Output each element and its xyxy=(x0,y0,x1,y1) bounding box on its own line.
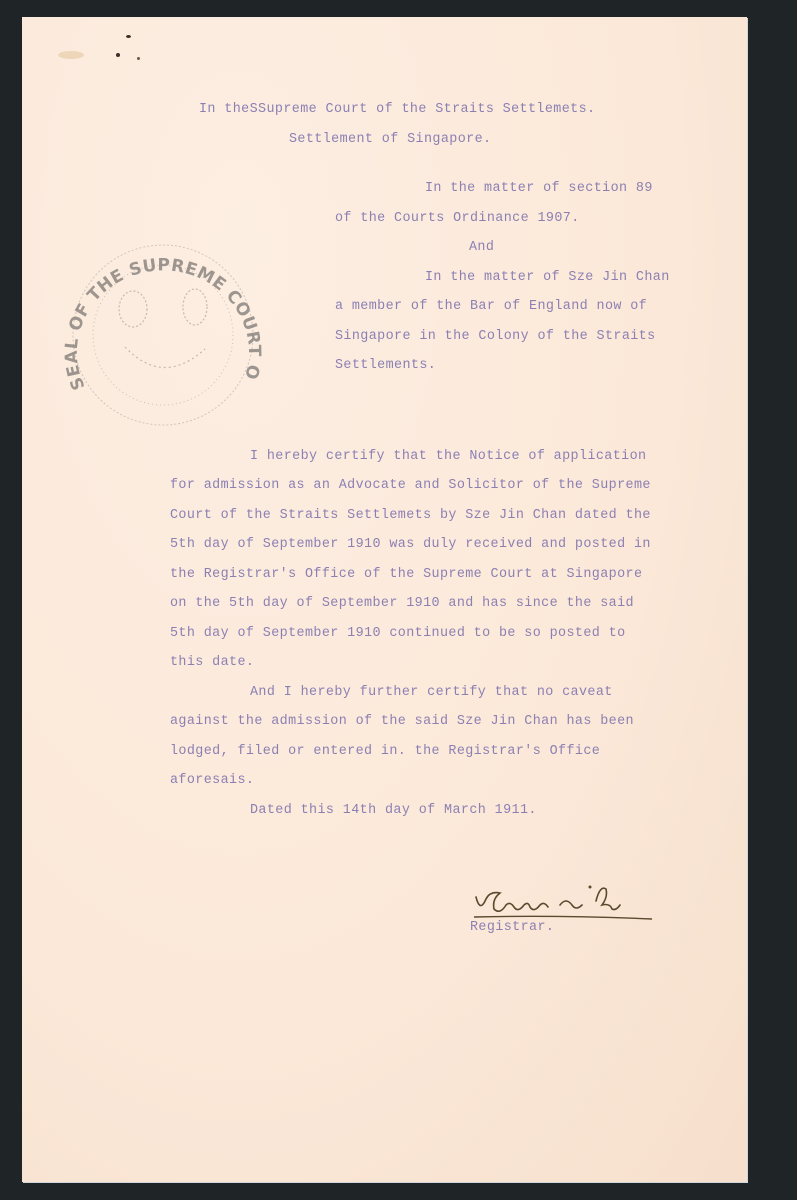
body-line: this date. xyxy=(170,655,254,671)
matter-line: a member of the Bar of England now of xyxy=(335,299,647,315)
matter-line: In the matter of section 89 xyxy=(425,181,653,197)
body-line: Court of the Straits Settlemets by Sze J… xyxy=(170,508,651,524)
body-line: against the admission of the said Sze Ji… xyxy=(170,714,634,730)
matter-line: In the matter of Sze Jin Chan xyxy=(425,270,670,286)
body-line: the Registrar's Office of the Supreme Co… xyxy=(170,567,642,583)
body-line: 5th day of September 1910 was duly recei… xyxy=(170,537,651,553)
body-line: for admission as an Advocate and Solicit… xyxy=(170,478,651,494)
body-line: And I hereby further certify that no cav… xyxy=(250,685,613,701)
body-line: aforesais. xyxy=(170,773,254,789)
document-page: SEAL OF THE SUPREME COURT OF THE STRAITS… xyxy=(22,17,747,1182)
matter-line: Settlements. xyxy=(335,358,436,374)
settlement-header-line: Settlement of Singapore. xyxy=(289,132,491,148)
body-line: 5th day of September 1910 continued to b… xyxy=(170,626,626,642)
stain-mark xyxy=(116,53,120,57)
stain-mark xyxy=(58,51,84,59)
body-line: on the 5th day of September 1910 and has… xyxy=(170,596,634,612)
matter-line: of the Courts Ordinance 1907. xyxy=(335,211,580,227)
court-header-line: In theSSupreme Court of the Straits Sett… xyxy=(199,102,595,118)
body-line: lodged, filed or entered in. the Registr… xyxy=(170,744,600,760)
dated-line: Dated this 14th day of March 1911. xyxy=(250,803,537,819)
court-seal-stamp: SEAL OF THE SUPREME COURT OF THE STRAITS… xyxy=(55,237,271,433)
matter-line: Singapore in the Colony of the Straits xyxy=(335,329,656,345)
signature-title: Registrar. xyxy=(470,920,554,936)
stain-mark xyxy=(126,35,131,38)
body-line: I hereby certify that the Notice of appl… xyxy=(250,449,646,465)
matter-conjunction: And xyxy=(469,240,494,256)
svg-text:SEAL OF THE SUPREME COURT OF T: SEAL OF THE SUPREME COURT OF THE STRAITS… xyxy=(55,237,264,393)
stain-mark xyxy=(137,57,140,60)
